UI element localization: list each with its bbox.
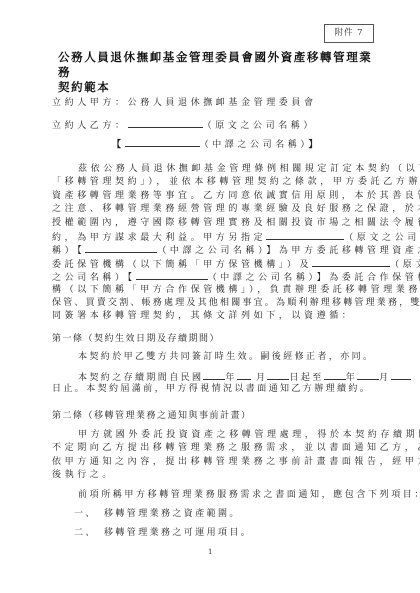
party-b-line: 立約人乙方：（原文之公司名稱） — [52, 118, 372, 133]
party-b-chinese-name-blank[interactable] — [125, 137, 200, 147]
bracket-close: 】 — [309, 140, 322, 150]
article-2-para-1-line: 甲方就國外委託投資資產之移轉管理處理，得於本契約存續期間內， — [52, 429, 398, 442]
custodian-chinese-name-blank[interactable] — [85, 243, 157, 253]
list-item-text: 移轉管理業務之資產範圍。 — [104, 509, 241, 519]
preamble-line: 授權範圍內，遵守國際移轉管理實務及相關投資市場之相關法令履行本契 — [52, 217, 372, 230]
list-item: 二、移轉管理業務之可運用項目。 — [74, 527, 394, 540]
custodian-original-name-blank[interactable] — [266, 230, 344, 240]
start-month-blank[interactable] — [237, 370, 251, 380]
page-number: 1 — [208, 548, 212, 556]
end-year-blank[interactable] — [324, 370, 346, 380]
preamble-line: 保管、買賣交割、帳務處理及其他相關事宜。為順利辦理移轉管理業務，雙方共 — [52, 297, 372, 310]
co-custodian-original-name-blank[interactable] — [312, 257, 390, 267]
party-a-label: 立約人甲方： — [52, 98, 128, 108]
co-custodian-chinese-name-blank[interactable] — [136, 270, 208, 280]
para-text: 年 — [346, 373, 357, 383]
preamble-line: 同簽署本移轉管理契約，其條文詳列如下，以資遵循： — [52, 310, 372, 323]
article-2-heading: 第二條（移轉管理業務之通知與事前計畫） — [52, 410, 372, 423]
preamble-line: 「移轉管理契約」），並依本移轉管理契約之條款，甲方委託乙方辦理國外 — [52, 176, 372, 189]
preamble-text: （原文 — [390, 260, 420, 270]
start-year-blank[interactable] — [203, 370, 225, 380]
preamble-text: （原文之公司名 — [344, 233, 420, 243]
preamble-text: （中譯之公司名稱）】為委託合作保管機 — [208, 273, 420, 283]
party-b-chinese-line: 【（中譯之公司名稱）】 — [112, 137, 420, 152]
preamble-text: 稱）【 — [52, 246, 85, 256]
title-line-1: 公務人員退休撫卹基金管理委員會國外資產移轉管理業務 — [58, 50, 378, 80]
article-2-para-1-line: 不定期向乙方提出移轉管理業務之服務需求，並以書面通知乙方，乙方應 — [52, 442, 372, 455]
end-month-blank[interactable] — [357, 370, 379, 380]
para-text: 年 — [225, 373, 236, 383]
party-a-name: 公務人員退休撫卹基金管理委員會 — [128, 98, 317, 108]
preamble-line: 資產移轉管理業務等事宜。乙方同意依誠實信用原則，本於其善良管理人 — [52, 190, 372, 203]
article-2-para-1-line: 依甲方通知之內容，提出移轉管理業務之事前計畫書面報告，經甲方同意 — [52, 456, 372, 469]
article-1-para-1: 本契約於甲乙雙方共同簽訂時生效。嗣後經修正者，亦同。 — [52, 351, 398, 364]
preamble-text: （中譯之公司名稱）】為甲方委託移轉管理資產之 — [157, 246, 420, 256]
attachment-label: 附件 7 — [324, 24, 374, 43]
list-item-number: 一、 — [74, 508, 104, 521]
end-day-blank[interactable] — [391, 370, 411, 380]
preamble-line: 茲依公務人員退休撫卹基金管理條例相關規定訂定本契約（以下簡稱 — [52, 163, 398, 176]
para-text: 月 — [256, 373, 267, 383]
preamble-text: 約，為甲方謀求最大利益。甲方另指定 — [52, 233, 266, 243]
article-1-heading: 第一條（契約生效日期及存續期間） — [52, 333, 372, 346]
document-title: 公務人員退休撫卹基金管理委員會國外資產移轉管理業務 契約範本 — [58, 50, 378, 95]
list-item-text: 移轉管理業務之可運用項目。 — [104, 528, 252, 538]
bracket-open: 【 — [112, 140, 125, 150]
para-text: 本契約之存續期間自民國 — [78, 373, 203, 383]
article-1-para-2-cont: 日止。本契約屆滿前，甲方得視情況以書面通知乙方辦理續約。 — [52, 383, 372, 396]
party-b-chinese-note: （中譯之公司名稱） — [200, 140, 309, 150]
title-line-2: 契約範本 — [58, 80, 378, 95]
preamble-text: 之公司名稱）【 — [52, 273, 136, 283]
party-b-label: 立約人乙方： — [52, 121, 128, 131]
preamble-line: 構（以下簡稱「甲方合作保管機構」），負責辦理委託移轉管理業務之款券 — [52, 284, 372, 297]
para-text: 月 — [379, 373, 390, 383]
list-item: 一、移轉管理業務之資產範圍。 — [74, 508, 394, 521]
para-text: 日起至 — [289, 373, 323, 383]
party-a-line: 立約人甲方：公務人員退休撫卹基金管理委員會 — [52, 97, 372, 110]
start-day-blank[interactable] — [267, 370, 289, 380]
party-b-original-note: （原文之公司名稱） — [203, 121, 316, 131]
article-2-para-1-line: 後執行之。 — [52, 469, 372, 482]
list-item-number: 二、 — [74, 527, 104, 540]
party-b-original-name-blank[interactable] — [128, 118, 203, 128]
preamble-text: 委託保管機構（以下簡稱「甲方保管機構」）及 — [52, 260, 312, 270]
preamble-line: 之注意、移轉管理業務經營管理的專業經驗及良好服務之保證，於本契約 — [52, 203, 372, 216]
article-2-para-2: 前項所稱甲方移轉管理業務服務需求之書面通知，應包含下列項目： — [52, 489, 398, 502]
